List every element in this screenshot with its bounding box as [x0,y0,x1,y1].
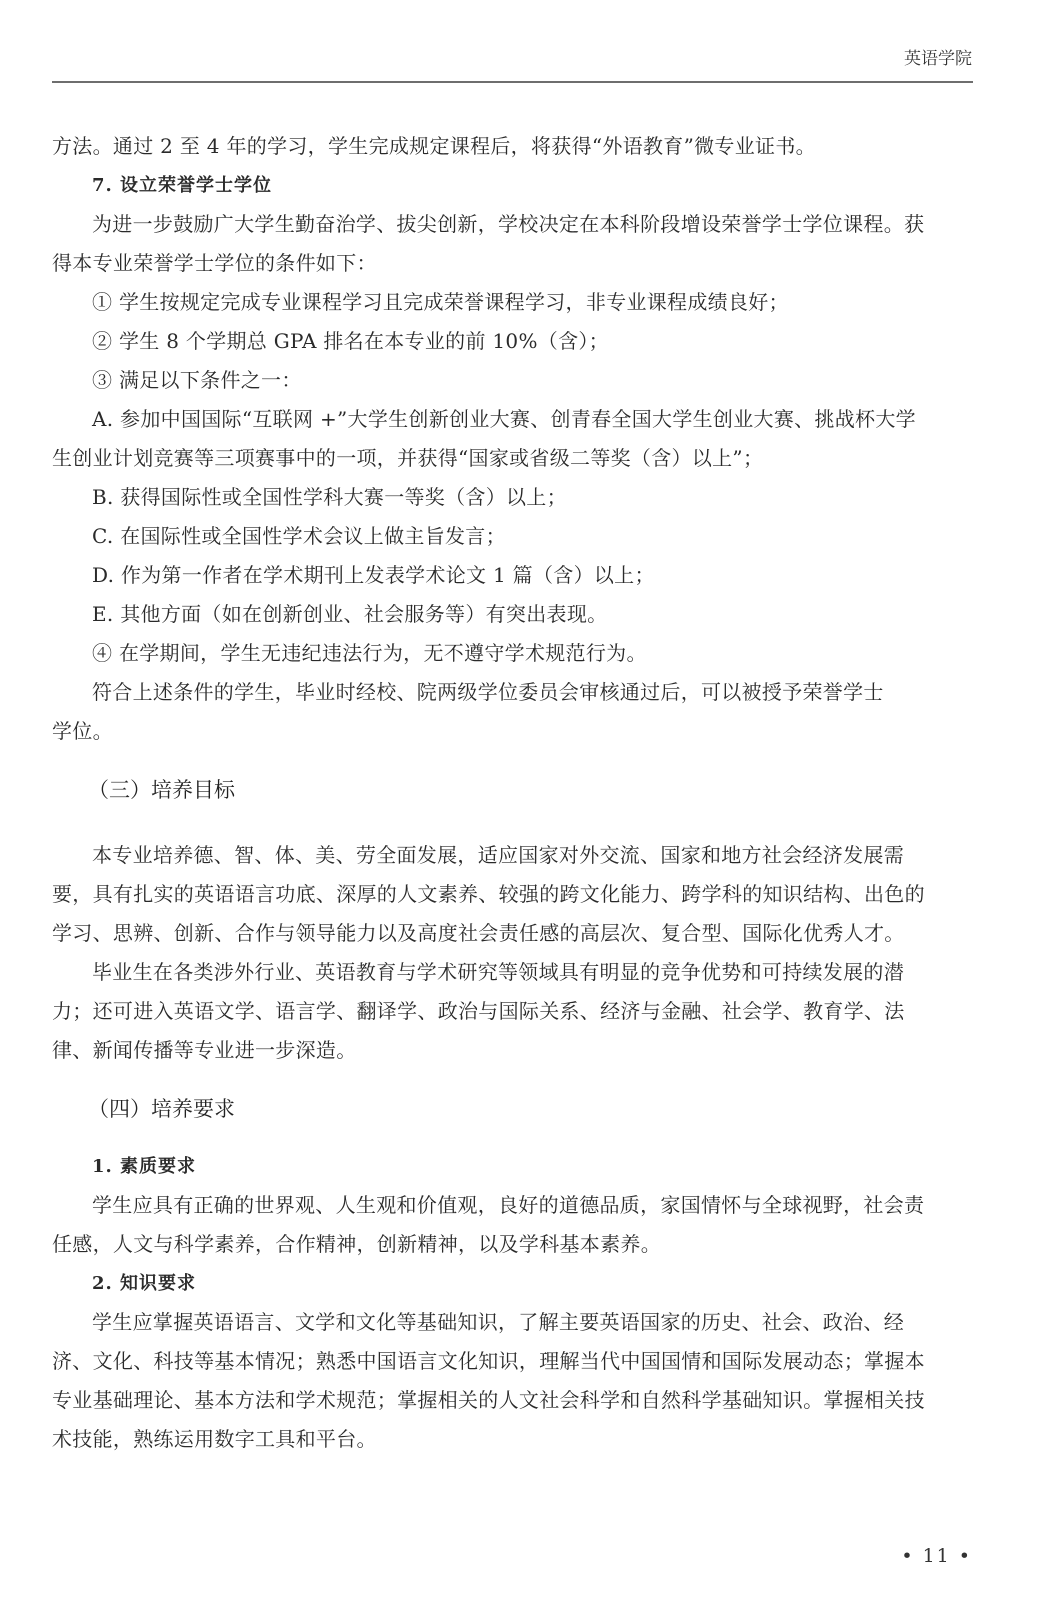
honor-intro-line-1: 为进一步鼓励广大学生勤奋治学、拔尖创新，学校决定在本科阶段增设荣誉学士学位课程。… [52,205,973,244]
condition-d: D. 作为第一作者在学术期刊上发表学术论文 1 篇（含）以上； [52,556,973,595]
honor-intro-line-2: 得本专业荣誉学士学位的条件如下： [52,244,973,283]
section-3-heading: （三）培养目标 [52,771,973,810]
knowledge-line-2: 济、文化、科技等基本情况；熟悉中国语言文化知识，理解当代中国国情和国际发展动态；… [52,1342,973,1381]
paragraph-continuation: 方法。通过 2 至 4 年的学习，学生完成规定课程后，将获得“外语教育”微专业证… [52,127,973,166]
knowledge-line-4: 术技能，熟练运用数字工具和平台。 [52,1420,973,1459]
header-rule [52,81,973,83]
condition-a-line-2: 生创业计划竞赛等三项赛事中的一项，并获得“国家或省级二等奖（含）以上”； [52,439,973,478]
honor-conclusion-line-2: 学位。 [52,712,973,751]
condition-1: ① 学生按规定完成专业课程学习且完成荣誉课程学习，非专业课程成绩良好； [52,283,973,322]
knowledge-line-3: 专业基础理论、基本方法和学术规范；掌握相关的人文社会科学和自然科学基础知识。掌握… [52,1381,973,1420]
condition-c: C. 在国际性或全国性学术会议上做主旨发言； [52,517,973,556]
condition-3: ③ 满足以下条件之一： [52,361,973,400]
condition-e: E. 其他方面（如在创新创业、社会服务等）有突出表现。 [52,595,973,634]
objectives-para-1-line-2: 要，具有扎实的英语语言功底、深厚的人文素养、较强的跨文化能力、跨学科的知识结构、… [52,875,973,914]
objectives-para-2-line-3: 律、新闻传播等专业进一步深造。 [52,1031,973,1070]
condition-4: ④ 在学期间，学生无违纪违法行为，无不遵守学术规范行为。 [52,634,973,673]
quality-line-2: 任感，人文与科学素养，合作精神，创新精神，以及学科基本素养。 [52,1225,973,1264]
honor-conclusion-line-1: 符合上述条件的学生，毕业时经校、院两级学位委员会审核通过后，可以被授予荣誉学士 [52,673,973,712]
objectives-para-2-line-2: 力；还可进入英语文学、语言学、翻译学、政治与国际关系、经济与金融、社会学、教育学… [52,992,973,1031]
quality-requirements-heading: 1. 素质要求 [52,1147,973,1186]
running-head-title: 英语学院 [0,44,972,69]
objectives-para-1-line-1: 本专业培养德、智、体、美、劳全面发展，适应国家对外交流、国家和地方社会经济发展需 [52,836,973,875]
section-4-heading: （四）培养要求 [52,1090,973,1129]
page-body: 方法。通过 2 至 4 年的学习，学生完成规定课程后，将获得“外语教育”微专业证… [52,127,973,1459]
page-number: • 11 • [901,1545,972,1567]
condition-2: ② 学生 8 个学期总 GPA 排名在本专业的前 10%（含）； [52,322,973,361]
item-7-heading: 7. 设立荣誉学士学位 [52,166,973,205]
knowledge-requirements-heading: 2. 知识要求 [52,1264,973,1303]
objectives-para-2-line-1: 毕业生在各类涉外行业、英语教育与学术研究等领域具有明显的竞争优势和可持续发展的潜 [52,953,973,992]
condition-b: B. 获得国际性或全国性学科大赛一等奖（含）以上； [52,478,973,517]
objectives-para-1-line-3: 学习、思辨、创新、合作与领导能力以及高度社会责任感的高层次、复合型、国际化优秀人… [52,914,973,953]
knowledge-line-1: 学生应掌握英语语言、文学和文化等基础知识，了解主要英语国家的历史、社会、政治、经 [52,1303,973,1342]
condition-a-line-1: A. 参加中国国际“互联网 +”大学生创新创业大赛、创青春全国大学生创业大赛、挑… [52,400,973,439]
quality-line-1: 学生应具有正确的世界观、人生观和价值观，良好的道德品质，家国情怀与全球视野，社会… [52,1186,973,1225]
